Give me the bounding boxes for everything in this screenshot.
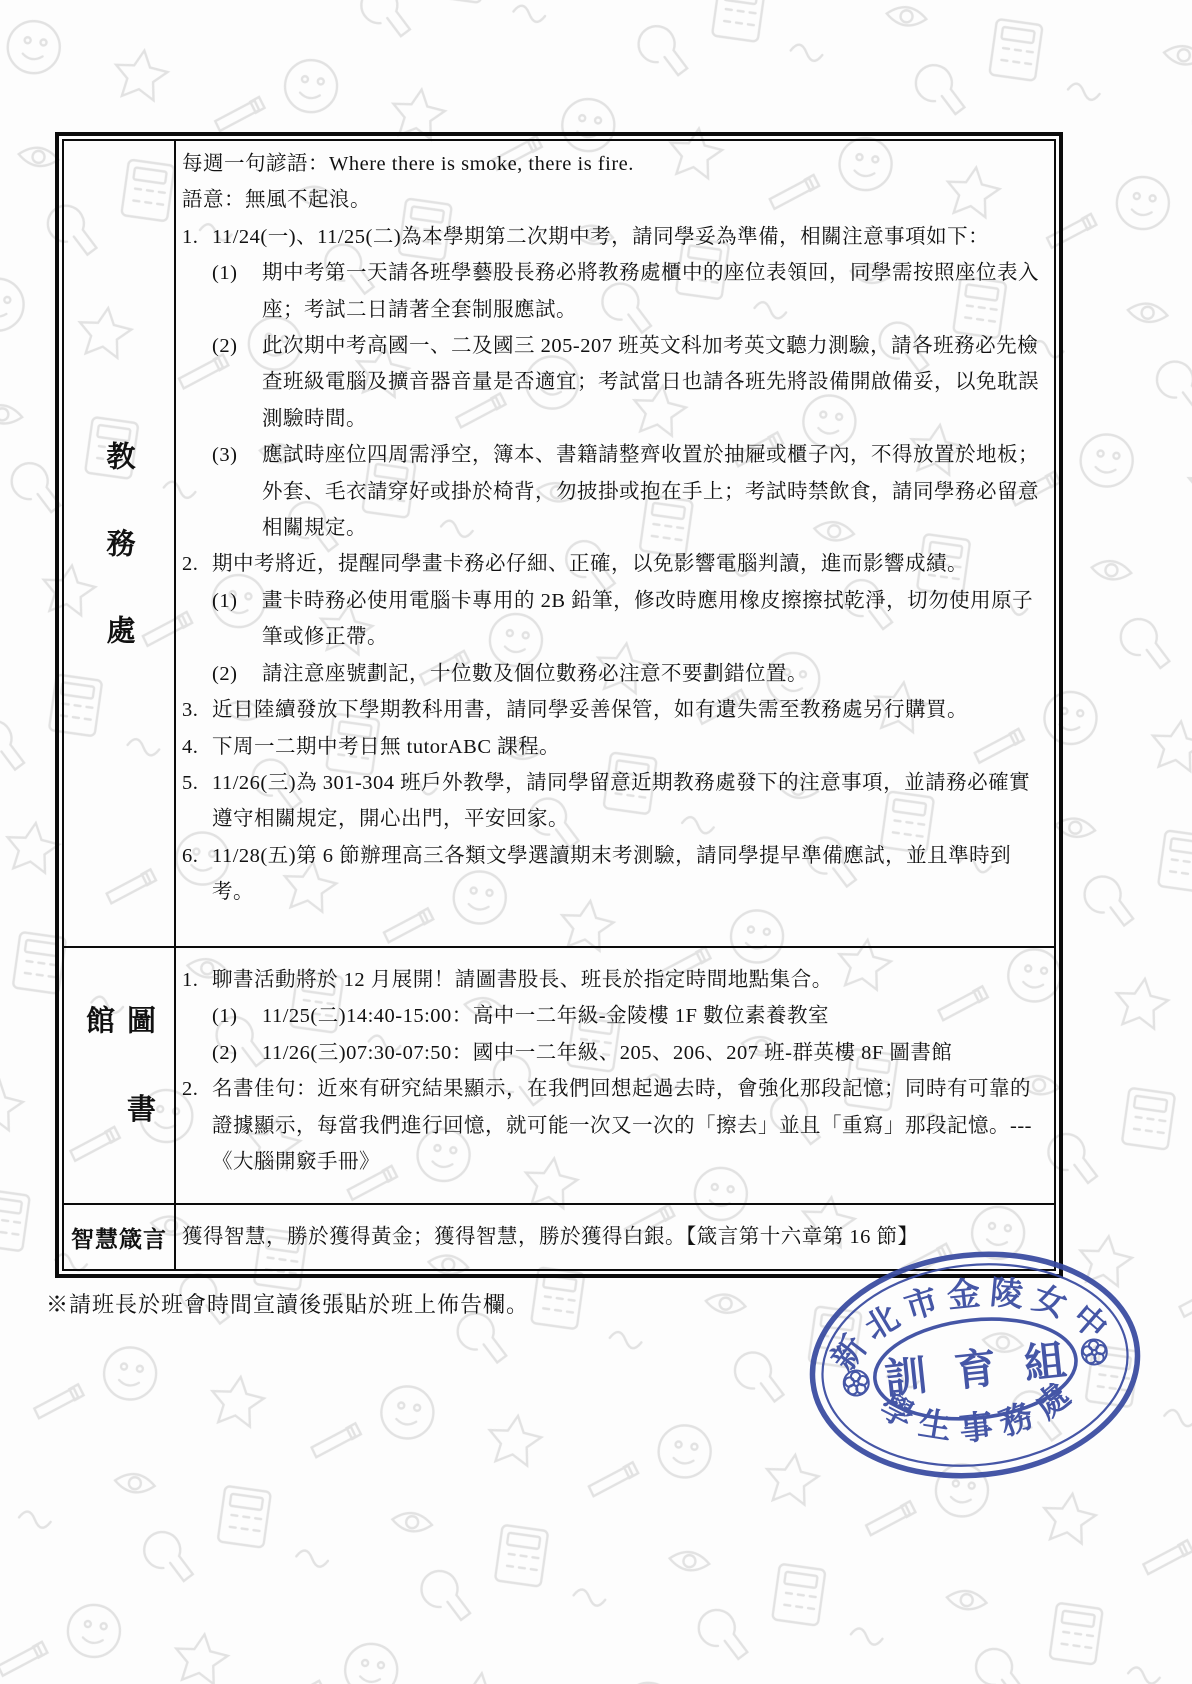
sub-list: (1)畫卡時務必使用電腦卡專用的 2B 鉛筆，修改時應用橡皮擦擦拭乾淨，切勿使用… — [212, 583, 1046, 692]
item-text: 應試時座位四周需淨空，簿本、書籍請整齊收置於抽屜或櫃子內，不得放置於地板；外套、… — [262, 437, 1046, 546]
proverb-lines: 每週一句諺語：Where there is smoke, there is fi… — [182, 146, 1046, 219]
item-text: 期中考第一天請各班學藝股長務必將教務處櫃中的座位表領回，同學需按照座位表入座；考… — [262, 255, 1046, 328]
announcement-table: 教務處 每週一句諺語：Where there is smoke, there i… — [55, 132, 1063, 1278]
academic-items: 1.11/24(一)、11/25(二)為本學期第二次期中考，請同學妥為準備，相關… — [182, 219, 1046, 911]
footnote: ※請班長於班會時間宣讀後張貼於班上佈告欄。 — [46, 1288, 529, 1319]
list-item: 2.期中考將近，提醒同學畫卡務必仔細、正確，以免影響電腦判讀，進而影響成績。 — [182, 546, 1046, 582]
list-item: (1)11/25(二)14:40-15:00：高中一二年級-金陵樓 1F 數位素… — [212, 998, 1046, 1034]
list-item: 4.下周一二期中考日無 tutorABC 課程。 — [182, 729, 1046, 765]
list-item: 3.近日陸續發放下學期教科用書，請同學妥善保管，如有遺失需至教務處另行購買。 — [182, 692, 1046, 728]
academic-affairs-row: 教務處 每週一句諺語：Where there is smoke, there i… — [64, 141, 1054, 948]
list-item: (2)11/26(三)07:30-07:50：國中一二年級、205、206、20… — [212, 1035, 1046, 1071]
item-marker: (3) — [212, 437, 262, 473]
item-marker: (2) — [212, 656, 262, 692]
item-text: 請注意座號劃記，十位數及個位數務必注意不要劃錯位置。 — [262, 656, 1046, 692]
list-item: 1.11/24(一)、11/25(二)為本學期第二次期中考，請同學妥為準備，相關… — [182, 219, 1046, 255]
item-text: 下周一二期中考日無 tutorABC 課程。 — [212, 729, 1046, 765]
item-text: 11/28(五)第 6 節辦理高三各類文學選讀期末考測驗，請同學提早準備應試，並… — [212, 838, 1046, 911]
sub-list: (1)11/25(二)14:40-15:00：高中一二年級-金陵樓 1F 數位素… — [212, 998, 1046, 1071]
item-marker: 5. — [182, 765, 212, 801]
item-text: 聊書活動將於 12 月展開！請圖書股長、班長於指定時間地點集合。 — [212, 962, 1046, 998]
list-item: (2)請注意座號劃記，十位數及個位數務必注意不要劃錯位置。 — [212, 656, 1046, 692]
academic-affairs-content: 每週一句諺語：Where there is smoke, there is fi… — [176, 141, 1054, 946]
item-marker: 3. — [182, 692, 212, 728]
list-item: (3)應試時座位四周需淨空，簿本、書籍請整齊收置於抽屜或櫃子內，不得放置於地板；… — [212, 437, 1046, 546]
academic-affairs-label: 教務處 — [99, 385, 140, 703]
wisdom-label: 智慧箴言 — [64, 1205, 176, 1269]
item-text: 11/24(一)、11/25(二)為本學期第二次期中考，請同學妥為準備，相關注意… — [212, 219, 1046, 255]
list-item: 2.名書佳句：近來有研究結果顯示，在我們回想起過去時，會強化那段記憶；同時有可靠… — [182, 1071, 1046, 1180]
item-marker: 6. — [182, 838, 212, 874]
list-item: 5.11/26(三)為 301-304 班戶外教學，請同學留意近期教務處發下的注… — [182, 765, 1046, 838]
item-marker: (1) — [212, 255, 262, 291]
item-text: 期中考將近，提醒同學畫卡務必仔細、正確，以免影響電腦判讀，進而影響成績。 — [212, 546, 1046, 582]
item-marker: 4. — [182, 729, 212, 765]
item-marker: 2. — [182, 546, 212, 582]
list-item: 1.聊書活動將於 12 月展開！請圖書股長、班長於指定時間地點集合。 — [182, 962, 1046, 998]
list-item: 6.11/28(五)第 6 節辦理高三各類文學選讀期末考測驗，請同學提早準備應試… — [182, 838, 1046, 911]
item-text: 11/25(二)14:40-15:00：高中一二年級-金陵樓 1F 數位素養教室 — [262, 998, 1046, 1034]
item-marker: 1. — [182, 962, 212, 998]
school-office-stamp: 新北市金陵女中 學生事務處 訓育組 — [793, 1228, 1156, 1502]
library-label: 圖書館 — [78, 948, 160, 1203]
list-item: (1)期中考第一天請各班學藝股長務必將教務處櫃中的座位表領回，同學需按照座位表入… — [212, 255, 1046, 328]
item-marker: (1) — [212, 998, 262, 1034]
text-line: 語意：無風不起浪。 — [182, 182, 1046, 218]
item-text: 11/26(三)為 301-304 班戶外教學，請同學留意近期教務處發下的注意事… — [212, 765, 1046, 838]
library-items: 1.聊書活動將於 12 月展開！請圖書股長、班長於指定時間地點集合。(1)11/… — [182, 962, 1046, 1180]
item-text: 名書佳句：近來有研究結果顯示，在我們回想起過去時，會強化那段記憶；同時有可靠的證… — [212, 1071, 1046, 1180]
item-marker: (1) — [212, 583, 262, 619]
item-marker: (2) — [212, 328, 262, 364]
section-label-cell: 教務處 — [64, 141, 176, 946]
section-label-cell: 圖書館 — [64, 948, 176, 1203]
wisdom-quote: 獲得智慧，勝於獲得黃金；獲得智慧，勝於獲得白銀。【箴言第十六章第 16 節】 — [182, 1219, 919, 1255]
sub-list: (1)期中考第一天請各班學藝股長務必將教務處櫃中的座位表領回，同學需按照座位表入… — [212, 255, 1046, 546]
list-item: (1)畫卡時務必使用電腦卡專用的 2B 鉛筆，修改時應用橡皮擦擦拭乾淨，切勿使用… — [212, 583, 1046, 656]
item-marker: 1. — [182, 219, 212, 255]
item-text: 11/26(三)07:30-07:50：國中一二年級、205、206、207 班… — [262, 1035, 1046, 1071]
text-line: 每週一句諺語：Where there is smoke, there is fi… — [182, 146, 1046, 182]
item-marker: (2) — [212, 1035, 262, 1071]
item-text: 畫卡時務必使用電腦卡專用的 2B 鉛筆，修改時應用橡皮擦擦拭乾淨，切勿使用原子筆… — [262, 583, 1046, 656]
item-text: 此次期中考高國一、二及國三 205-207 班英文科加考英文聽力測驗，請各班務必… — [262, 328, 1046, 437]
item-marker: 2. — [182, 1071, 212, 1107]
list-item: (2)此次期中考高國一、二及國三 205-207 班英文科加考英文聽力測驗，請各… — [212, 328, 1046, 437]
library-row: 圖書館 1.聊書活動將於 12 月展開！請圖書股長、班長於指定時間地點集合。(1… — [64, 948, 1054, 1205]
library-content: 1.聊書活動將於 12 月展開！請圖書股長、班長於指定時間地點集合。(1)11/… — [176, 948, 1054, 1203]
item-text: 近日陸續發放下學期教科用書，請同學妥善保管，如有遺失需至教務處另行購買。 — [212, 692, 1046, 728]
table-inner-border: 教務處 每週一句諺語：Where there is smoke, there i… — [62, 139, 1056, 1271]
